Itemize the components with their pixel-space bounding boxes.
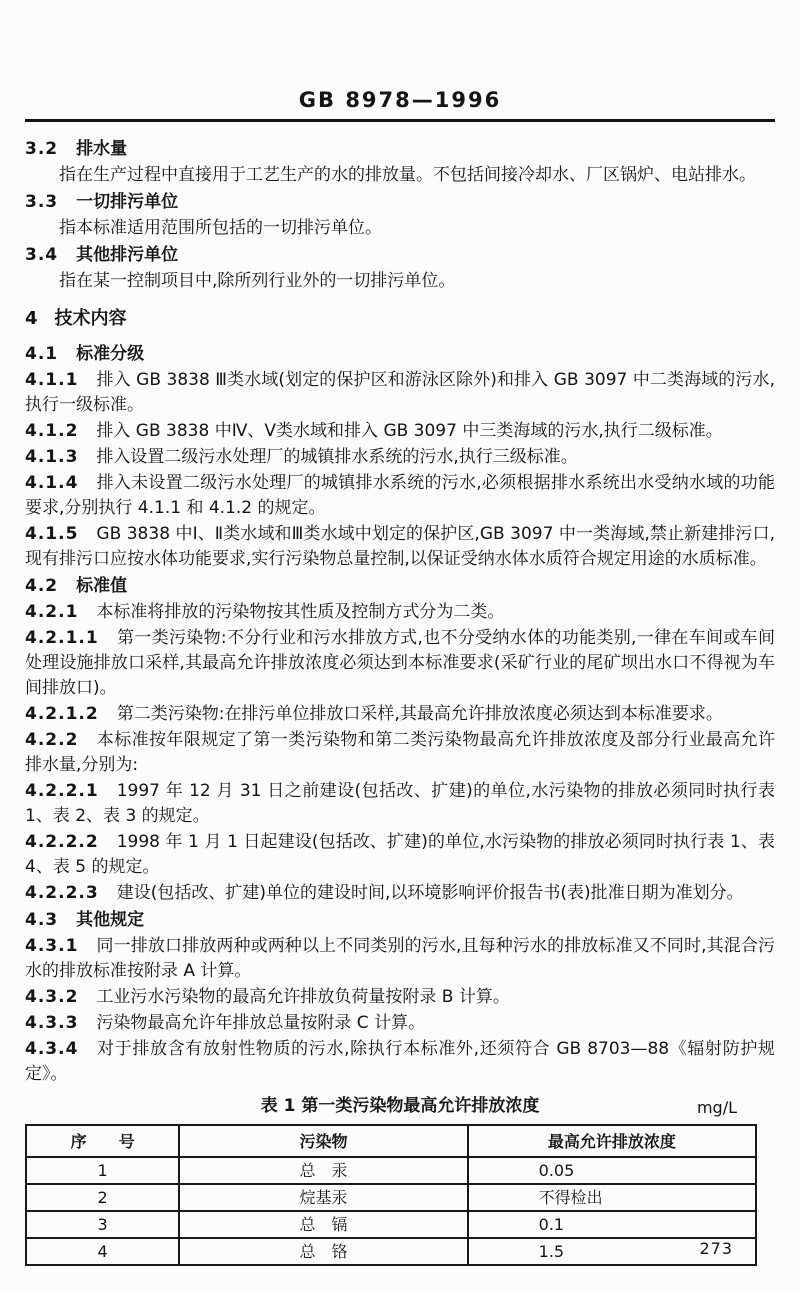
cell-index: 3: [26, 1211, 179, 1238]
cell-pollutant: 总 镉: [179, 1211, 467, 1238]
heading-number: 3.4: [25, 245, 58, 265]
heading-title: 标准值: [76, 576, 127, 596]
heading-number: 3.3: [25, 192, 58, 212]
cell-value: 0.05: [468, 1157, 756, 1184]
clause-4-1-4: 4.1.4排入未设置二级污水处理厂的城镇排水系统的污水,必须根据排水系统出水受纳…: [25, 471, 775, 521]
clause-4-2-2: 4.2.2本标准按年限规定了第一类污染物和第二类污染物最高允许排放浓度及部分行业…: [25, 728, 775, 778]
clause-text: 工业污水污染物的最高允许排放负荷量按附录 B 计算。: [96, 987, 509, 1007]
clause-4-2-2-2: 4.2.2.21998 年 1 月 1 日起建设(包括改、扩建)的单位,水污染物…: [25, 830, 775, 880]
cell-index: 1: [26, 1157, 179, 1184]
heading-number: 4.2: [25, 576, 58, 596]
clause-4-2-2-3: 4.2.2.3建设(包括改、扩建)单位的建设时间,以环境影响评价报告书(表)批准…: [25, 881, 775, 906]
heading-number: 4.3: [25, 910, 58, 930]
header-rule: [25, 119, 775, 122]
clause-number: 4.3.4: [25, 1039, 78, 1059]
table-header-row: 序 号 污染物 最高允许排放浓度: [26, 1125, 756, 1157]
clause-text: 对于排放含有放射性物质的污水,除执行本标准外,还须符合 GB 8703—88《辐…: [25, 1039, 775, 1084]
document-page: GB 8978—1996 3.2排水量 指在生产过程中直接用于工艺生产的水的排放…: [0, 0, 800, 1294]
clause-number: 4.3.3: [25, 1013, 78, 1033]
cell-pollutant: 总 铬: [179, 1238, 467, 1265]
heading-title: 其他排污单位: [76, 245, 178, 265]
heading-number: 3.2: [25, 139, 58, 159]
chapter-number: 4: [25, 308, 39, 329]
clause-4-2-1-2: 4.2.1.2第二类污染物:在排污单位排放口采样,其最高允许排放浓度必须达到本标…: [25, 702, 775, 727]
document-body: 3.2排水量 指在生产过程中直接用于工艺生产的水的排放量。不包括间接冷却水、厂区…: [25, 137, 775, 1266]
table-row: 2 烷基汞 不得检出: [26, 1184, 756, 1211]
cell-value: 0.1: [468, 1211, 756, 1238]
clause-text: 污染物最高允许年排放总量按附录 C 计算。: [96, 1013, 425, 1033]
heading-title: 排水量: [76, 139, 127, 159]
heading-title: 标准分级: [76, 344, 144, 364]
clause-text: 1998 年 1 月 1 日起建设(包括改、扩建)的单位,水污染物的排放必须同时…: [25, 832, 775, 877]
clause-text: 排入设置二级污水处理厂的城镇排水系统的污水,执行三级标准。: [96, 447, 577, 467]
clause-number: 4.1.3: [25, 447, 78, 467]
table-row: 4 总 铬 1.5: [26, 1238, 756, 1265]
paragraph-3-3: 指本标准适用范围所包括的一切排污单位。: [25, 216, 775, 241]
clause-4-3-1: 4.3.1同一排放口排放两种或两种以上不同类别的污水,且每种污水的排放标准又不同…: [25, 934, 775, 984]
table-1-caption: 表 1 第一类污染物最高允许排放浓度: [261, 1096, 540, 1116]
heading-4-2: 4.2标准值: [25, 574, 775, 599]
clause-number: 4.1.5: [25, 524, 78, 544]
clause-number: 4.2.1.2: [25, 704, 99, 724]
paragraph-3-4: 指在某一控制项目中,除所列行业外的一切排污单位。: [25, 269, 775, 294]
col-header-pollutant: 污染物: [179, 1125, 467, 1157]
clause-number: 4.1.2: [25, 421, 78, 441]
paragraph-3-2: 指在生产过程中直接用于工艺生产的水的排放量。不包括间接冷却水、厂区锅炉、电站排水…: [25, 163, 775, 188]
clause-text: 本标准将排放的污染物按其性质及控制方式分为二类。: [96, 602, 504, 622]
clause-number: 4.2.1: [25, 602, 78, 622]
table-row: 3 总 镉 0.1: [26, 1211, 756, 1238]
chapter-title: 技术内容: [55, 308, 127, 329]
heading-title: 其他规定: [76, 910, 144, 930]
chapter-heading-4: 4技术内容: [25, 306, 775, 331]
page-number: 273: [699, 1239, 733, 1258]
clause-number: 4.2.2.3: [25, 883, 99, 903]
cell-pollutant: 总 汞: [179, 1157, 467, 1184]
standard-number: GB 8978—1996: [0, 0, 800, 112]
clause-4-1-2: 4.1.2排入 GB 3838 中Ⅳ、Ⅴ类水域和排入 GB 3097 中三类海域…: [25, 419, 775, 444]
clause-4-3-2: 4.3.2工业污水污染物的最高允许排放负荷量按附录 B 计算。: [25, 985, 775, 1010]
heading-3-3: 3.3一切排污单位: [25, 190, 775, 215]
clause-4-1-1: 4.1.1排入 GB 3838 Ⅲ类水域(划定的保护区和游泳区除外)和排入 GB…: [25, 368, 775, 418]
clause-number: 4.3.1: [25, 936, 78, 956]
clause-text: 1997 年 12 月 31 日之前建设(包括改、扩建)的单位,水污染物的排放必…: [25, 781, 775, 826]
clause-number: 4.2.1.1: [25, 628, 99, 648]
clause-text: 建设(包括改、扩建)单位的建设时间,以环境影响评价报告书(表)批准日期为准划分。: [117, 883, 744, 903]
heading-title: 一切排污单位: [76, 192, 178, 212]
col-header-max-concentration: 最高允许排放浓度: [468, 1125, 756, 1157]
clause-text: 同一排放口排放两种或两种以上不同类别的污水,且每种污水的排放标准又不同时,其混合…: [25, 936, 775, 981]
clause-4-1-5: 4.1.5GB 3838 中Ⅰ、Ⅱ类水域和Ⅲ类水域中划定的保护区,GB 3097…: [25, 522, 775, 572]
clause-number: 4.1.4: [25, 473, 78, 493]
clause-number: 4.1.1: [25, 370, 78, 390]
clause-text: 排入 GB 3838 Ⅲ类水域(划定的保护区和游泳区除外)和排入 GB 3097…: [25, 370, 775, 415]
table-1-unit: mg/L: [697, 1095, 737, 1120]
clause-4-1-3: 4.1.3排入设置二级污水处理厂的城镇排水系统的污水,执行三级标准。: [25, 445, 775, 470]
clause-4-2-2-1: 4.2.2.11997 年 12 月 31 日之前建设(包括改、扩建)的单位,水…: [25, 779, 775, 829]
clause-number: 4.3.2: [25, 987, 78, 1007]
clause-text: 第一类污染物:不分行业和污水排放方式,也不分受纳水体的功能类别,一律在车间或车间…: [25, 628, 775, 698]
heading-4-1: 4.1标准分级: [25, 342, 775, 367]
cell-value: 不得检出: [468, 1184, 756, 1211]
clause-4-2-1: 4.2.1本标准将排放的污染物按其性质及控制方式分为二类。: [25, 600, 775, 625]
clause-number: 4.2.2.2: [25, 832, 99, 852]
col-header-index: 序 号: [26, 1125, 179, 1157]
heading-3-4: 3.4其他排污单位: [25, 243, 775, 268]
heading-3-2: 3.2排水量: [25, 137, 775, 162]
table-caption-row: 表 1 第一类污染物最高允许排放浓度 mg/L: [25, 1094, 775, 1119]
clause-text: 排入未设置二级污水处理厂的城镇排水系统的污水,必须根据排水系统出水受纳水域的功能…: [25, 473, 775, 518]
clause-4-3-4: 4.3.4对于排放含有放射性物质的污水,除执行本标准外,还须符合 GB 8703…: [25, 1037, 775, 1087]
table-1: 序 号 污染物 最高允许排放浓度 1 总 汞 0.05 2 烷基汞 不得检出 3: [25, 1124, 757, 1266]
cell-index: 4: [26, 1238, 179, 1265]
heading-number: 4.1: [25, 344, 58, 364]
clause-text: 第二类污染物:在排污单位排放口采样,其最高允许排放浓度必须达到本标准要求。: [117, 704, 723, 724]
clause-text: GB 3838 中Ⅰ、Ⅱ类水域和Ⅲ类水域中划定的保护区,GB 3097 中一类海…: [25, 524, 775, 569]
clause-4-2-1-1: 4.2.1.1第一类污染物:不分行业和污水排放方式,也不分受纳水体的功能类别,一…: [25, 626, 775, 701]
clause-number: 4.2.2: [25, 730, 78, 750]
clause-text: 本标准按年限规定了第一类污染物和第二类污染物最高允许排放浓度及部分行业最高允许排…: [25, 730, 775, 775]
clause-text: 排入 GB 3838 中Ⅳ、Ⅴ类水域和排入 GB 3097 中三类海域的污水,执…: [96, 421, 722, 441]
clause-4-3-3: 4.3.3污染物最高允许年排放总量按附录 C 计算。: [25, 1011, 775, 1036]
clause-number: 4.2.2.1: [25, 781, 99, 801]
heading-4-3: 4.3其他规定: [25, 908, 775, 933]
cell-index: 2: [26, 1184, 179, 1211]
cell-pollutant: 烷基汞: [179, 1184, 467, 1211]
table-row: 1 总 汞 0.05: [26, 1157, 756, 1184]
